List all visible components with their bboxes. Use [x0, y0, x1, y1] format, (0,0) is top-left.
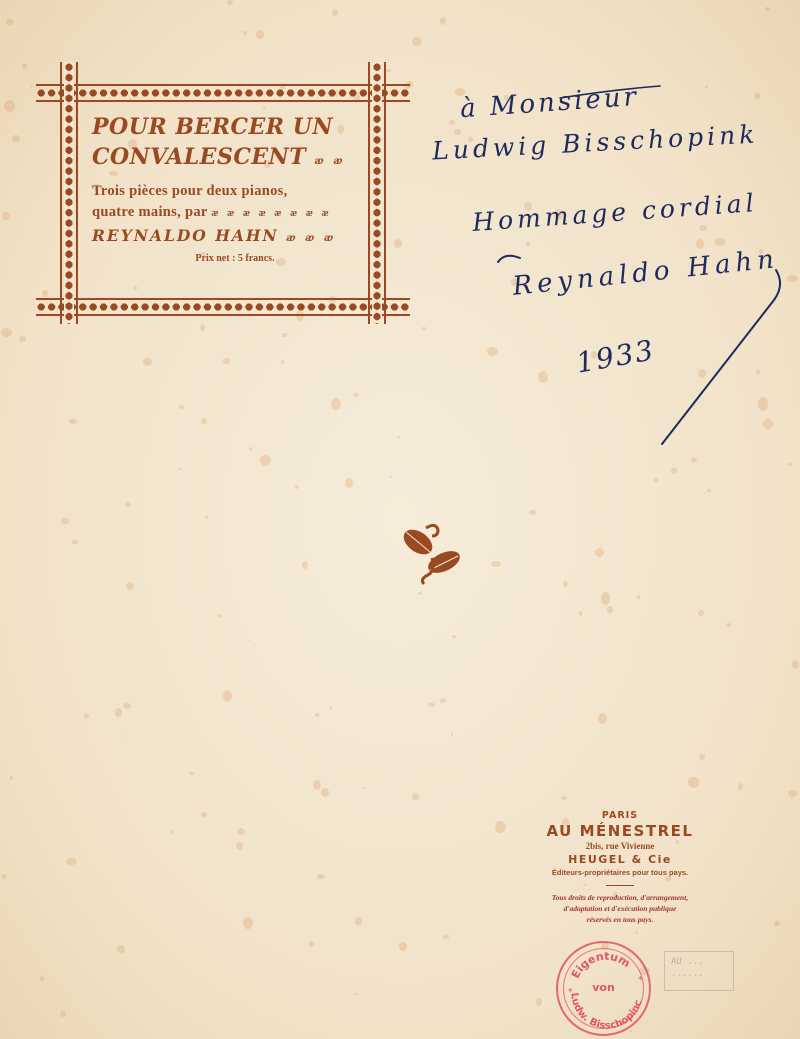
stamp-middle-text: von — [558, 981, 649, 994]
publisher-role: Éditeurs-propriétaires pour tous pays. — [520, 868, 720, 877]
svg-text:Eigentum: Eigentum — [569, 950, 633, 981]
stamp-top-text: Eigentum — [569, 950, 633, 981]
publisher-name: AU MÉNESTREL — [520, 821, 720, 841]
leaf-sprig-icon — [396, 520, 466, 588]
publisher-address: 2bis, rue Vivienne — [520, 841, 720, 851]
ownership-stamp: Eigentum Ludw. Bisschopinck * * von — [556, 941, 651, 1036]
faint-library-stamp: AU ... ...... — [664, 951, 734, 991]
publisher-city: PARIS — [520, 810, 720, 821]
divider — [606, 885, 634, 886]
rights-line-3: réservés en tous pays. — [520, 914, 720, 925]
rights-line-1: Tous droits de reproduction, d'arrangeme… — [520, 892, 720, 903]
publisher-imprint: PARIS AU MÉNESTREL 2bis, rue Vivienne HE… — [520, 810, 720, 925]
faint-stamp-line-2: ...... — [671, 968, 727, 980]
faint-stamp-line-1: AU ... — [671, 956, 727, 968]
rights-line-2: d'adaptation et d'exécution publique — [520, 903, 720, 914]
publisher-firm: HEUGEL & Cie — [520, 851, 720, 868]
